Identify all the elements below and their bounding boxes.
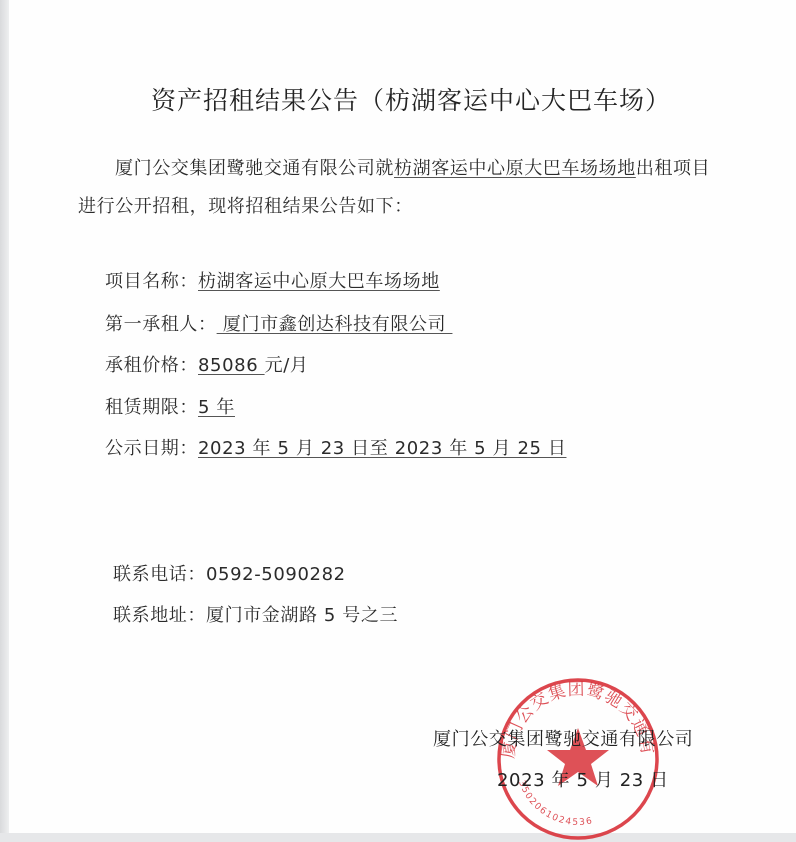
field-value: 2023 年 5 月 23 日至 2023 年 5 月 25 日: [198, 438, 566, 459]
contact-address-value: 厦门市金湖路 5 号之三: [206, 605, 398, 626]
document-title: 资产招租结果公告（枋湖客运中心大巴车场）: [151, 81, 671, 117]
viewer-left-edge: [0, 0, 9, 833]
field-publicity-dates: 公示日期：2023 年 5 月 23 日至 2023 年 5 月 25 日: [105, 434, 566, 460]
field-lease-term: 租赁期限：5 年: [105, 393, 235, 419]
field-project-name: 项目名称：枋湖客运中心原大巴车场场地: [105, 267, 440, 293]
field-label: 项目名称：: [105, 271, 198, 292]
contact-phone-label: 联系电话：: [113, 564, 206, 585]
contact-address: 联系地址：厦门市金湖路 5 号之三: [113, 601, 398, 627]
field-label: 第一承租人：: [105, 314, 217, 335]
intro-prefix: 厦门公交集团鹭驰交通有限公司就: [115, 158, 394, 179]
field-value: 85086: [198, 355, 265, 376]
field-suffix: 元/月: [265, 355, 309, 376]
field-value: 5 年: [198, 397, 235, 418]
field-label: 承租价格：: [105, 355, 198, 376]
field-value: 枋湖客运中心原大巴车场场地: [198, 271, 440, 292]
contact-address-label: 联系地址：: [113, 605, 206, 626]
intro-project-name: 枋湖客运中心原大巴车场场地: [394, 158, 636, 179]
intro-suffix: 出租项目: [636, 158, 710, 179]
contact-phone-value: 0592-5090282: [206, 564, 346, 585]
field-rent-price: 承租价格：85086 元/月: [105, 351, 308, 377]
contact-phone: 联系电话：0592-5090282: [113, 560, 346, 586]
company-seal-stamp-icon: 厦门公交集团鹭驰交通有限公司 3502061024536: [495, 676, 661, 833]
document-page: 资产招租结果公告（枋湖客运中心大巴车场） 厦门公交集团鹭驰交通有限公司就枋湖客运…: [9, 0, 796, 833]
field-label: 租赁期限：: [105, 397, 198, 418]
intro-line-2: 进行公开招租，现将招租结果公告如下：: [78, 192, 413, 218]
field-value: 厦门市鑫创达科技有限公司: [217, 314, 453, 335]
field-label: 公示日期：: [105, 438, 198, 459]
signature-company: 厦门公交集团鹭驰交通有限公司: [433, 725, 693, 751]
field-first-lessee: 第一承租人： 厦门市鑫创达科技有限公司: [105, 310, 452, 336]
intro-line-1: 厦门公交集团鹭驰交通有限公司就枋湖客运中心原大巴车场场地出租项目: [115, 154, 710, 180]
signature-date: 2023 年 5 月 23 日: [497, 766, 669, 792]
